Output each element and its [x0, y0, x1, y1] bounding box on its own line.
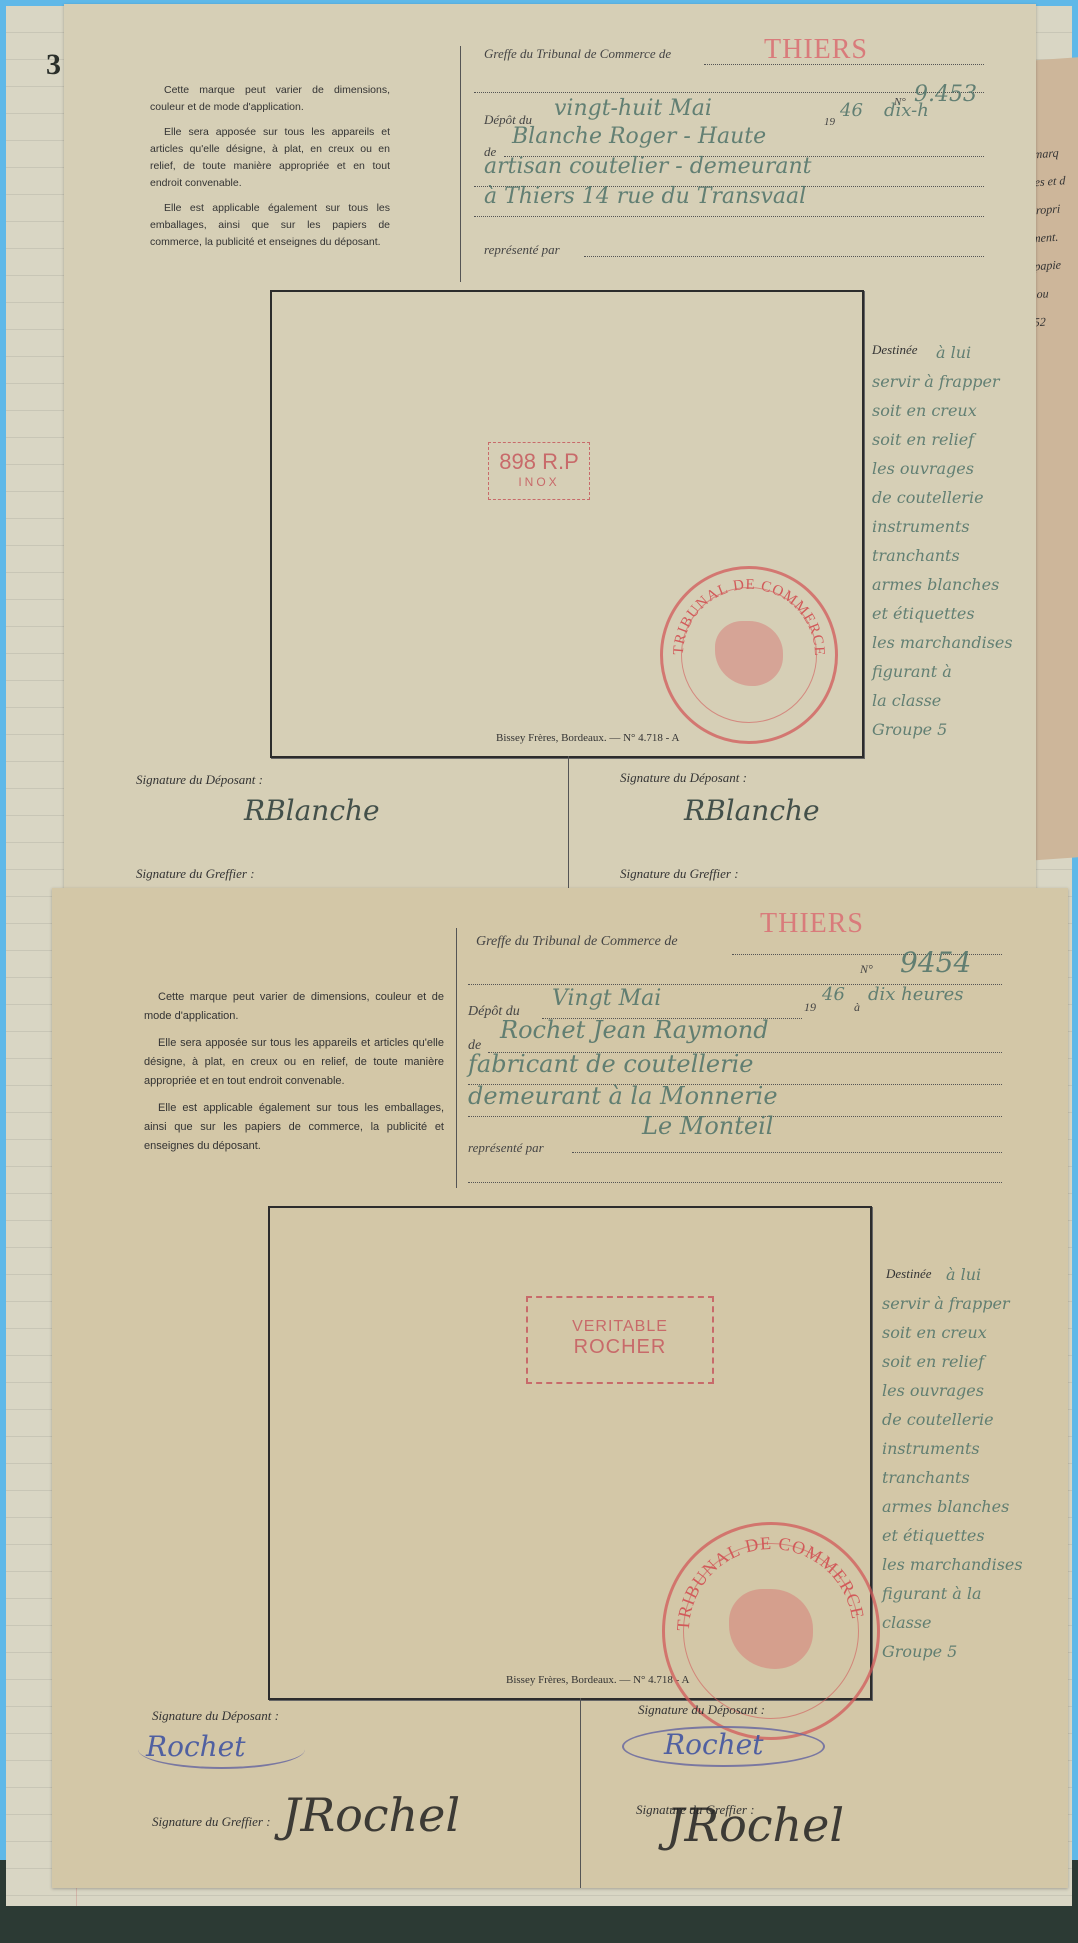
signature-greffier-2: JRochel	[666, 1798, 844, 1852]
represente-label: représenté par	[484, 242, 560, 258]
divider	[460, 46, 461, 282]
represented-by: Le Monteil	[642, 1112, 773, 1140]
registration-form-top: Cette marque peut varier de dimensions, …	[64, 4, 1036, 904]
greffe-label-2: Greffe du Tribunal de Commerce de	[476, 934, 678, 950]
depot-time: dix-h	[884, 100, 929, 121]
svg-text:TRIBUNAL DE COMMERCE DE THIERS: TRIBUNAL DE COMMERCE DE THIERS	[663, 569, 827, 657]
registration-number-2: 9454	[900, 946, 971, 979]
seal-text: TRIBUNAL DE COMMERCE DE THIERS	[663, 569, 835, 741]
signature-greffier: JRochel	[282, 1788, 460, 1842]
page-number: 3	[46, 48, 61, 82]
depot-date-2: Vingt Mai	[552, 986, 661, 1011]
signature-deposant-3: Rochet	[138, 1730, 305, 1769]
deponent-line-2-2: fabricant de coutellerie	[468, 1050, 753, 1078]
instructions: Cette marque peut varier de dimensions, …	[150, 82, 390, 259]
trademark-imprint: 898 R.P INOX	[488, 442, 590, 500]
greffe-label: Greffe du Tribunal de Commerce de	[484, 46, 671, 62]
deponent-line-3-2: demeurant à la Monnerie	[468, 1082, 778, 1110]
depot-year-2: 46	[822, 984, 845, 1005]
registration-form-bottom: Cette marque peut varier de dimensions, …	[52, 888, 1068, 1888]
sig-greffier-label-2: Signature du Greffier :	[620, 866, 739, 882]
signature-deposant-4: Rochet	[622, 1726, 825, 1767]
deponent-line-1-2: Rochet Jean Raymond	[500, 1016, 769, 1044]
tribunal-seal: TRIBUNAL DE COMMERCE DE THIERS	[660, 566, 838, 744]
court-stamp: THIERS	[764, 34, 868, 66]
sig-greffier-label: Signature du Greffier :	[136, 866, 255, 882]
trademark-imprint-2: VERITABLE ROCHER	[526, 1296, 714, 1384]
depot-time-2: dix heures	[868, 984, 963, 1005]
printer-credit: Bissey Frères, Bordeaux. — N° 4.718 - A	[496, 732, 679, 744]
depot-year: 46	[840, 100, 863, 121]
deponent-line-2: artisan coutelier - demeurant	[484, 154, 812, 179]
sig-greffier-label-3: Signature du Greffier :	[152, 1814, 271, 1830]
depot-date: vingt-huit Mai	[554, 96, 712, 121]
sig-deposant-label: Signature du Déposant :	[136, 772, 263, 788]
destination-text-2: à lui servir à frapper soit en creux soi…	[882, 1260, 1023, 1666]
svg-text:TRIBUNAL DE COMMERCE DE THIERS: TRIBUNAL DE COMMERCE DE THIERS	[665, 1525, 869, 1631]
instructions-2: Cette marque peut varier de dimensions, …	[144, 988, 444, 1164]
signature-deposant-2: RBlanche	[684, 794, 820, 827]
destination-text: à lui servir à frapper soit en creux soi…	[872, 338, 1013, 744]
sig-deposant-label-3: Signature du Déposant :	[152, 1708, 279, 1724]
sig-deposant-label-4: Signature du Déposant :	[638, 1702, 765, 1718]
printer-credit-2: Bissey Frères, Bordeaux. — N° 4.718 - A	[506, 1674, 689, 1686]
court-stamp-2: THIERS	[760, 908, 864, 940]
deponent-line-3: à Thiers 14 rue du Transvaal	[484, 184, 806, 209]
signature-deposant: RBlanche	[244, 794, 380, 827]
sig-deposant-label-2: Signature du Déposant :	[620, 770, 747, 786]
deponent-line-1: Blanche Roger - Haute	[512, 124, 766, 149]
